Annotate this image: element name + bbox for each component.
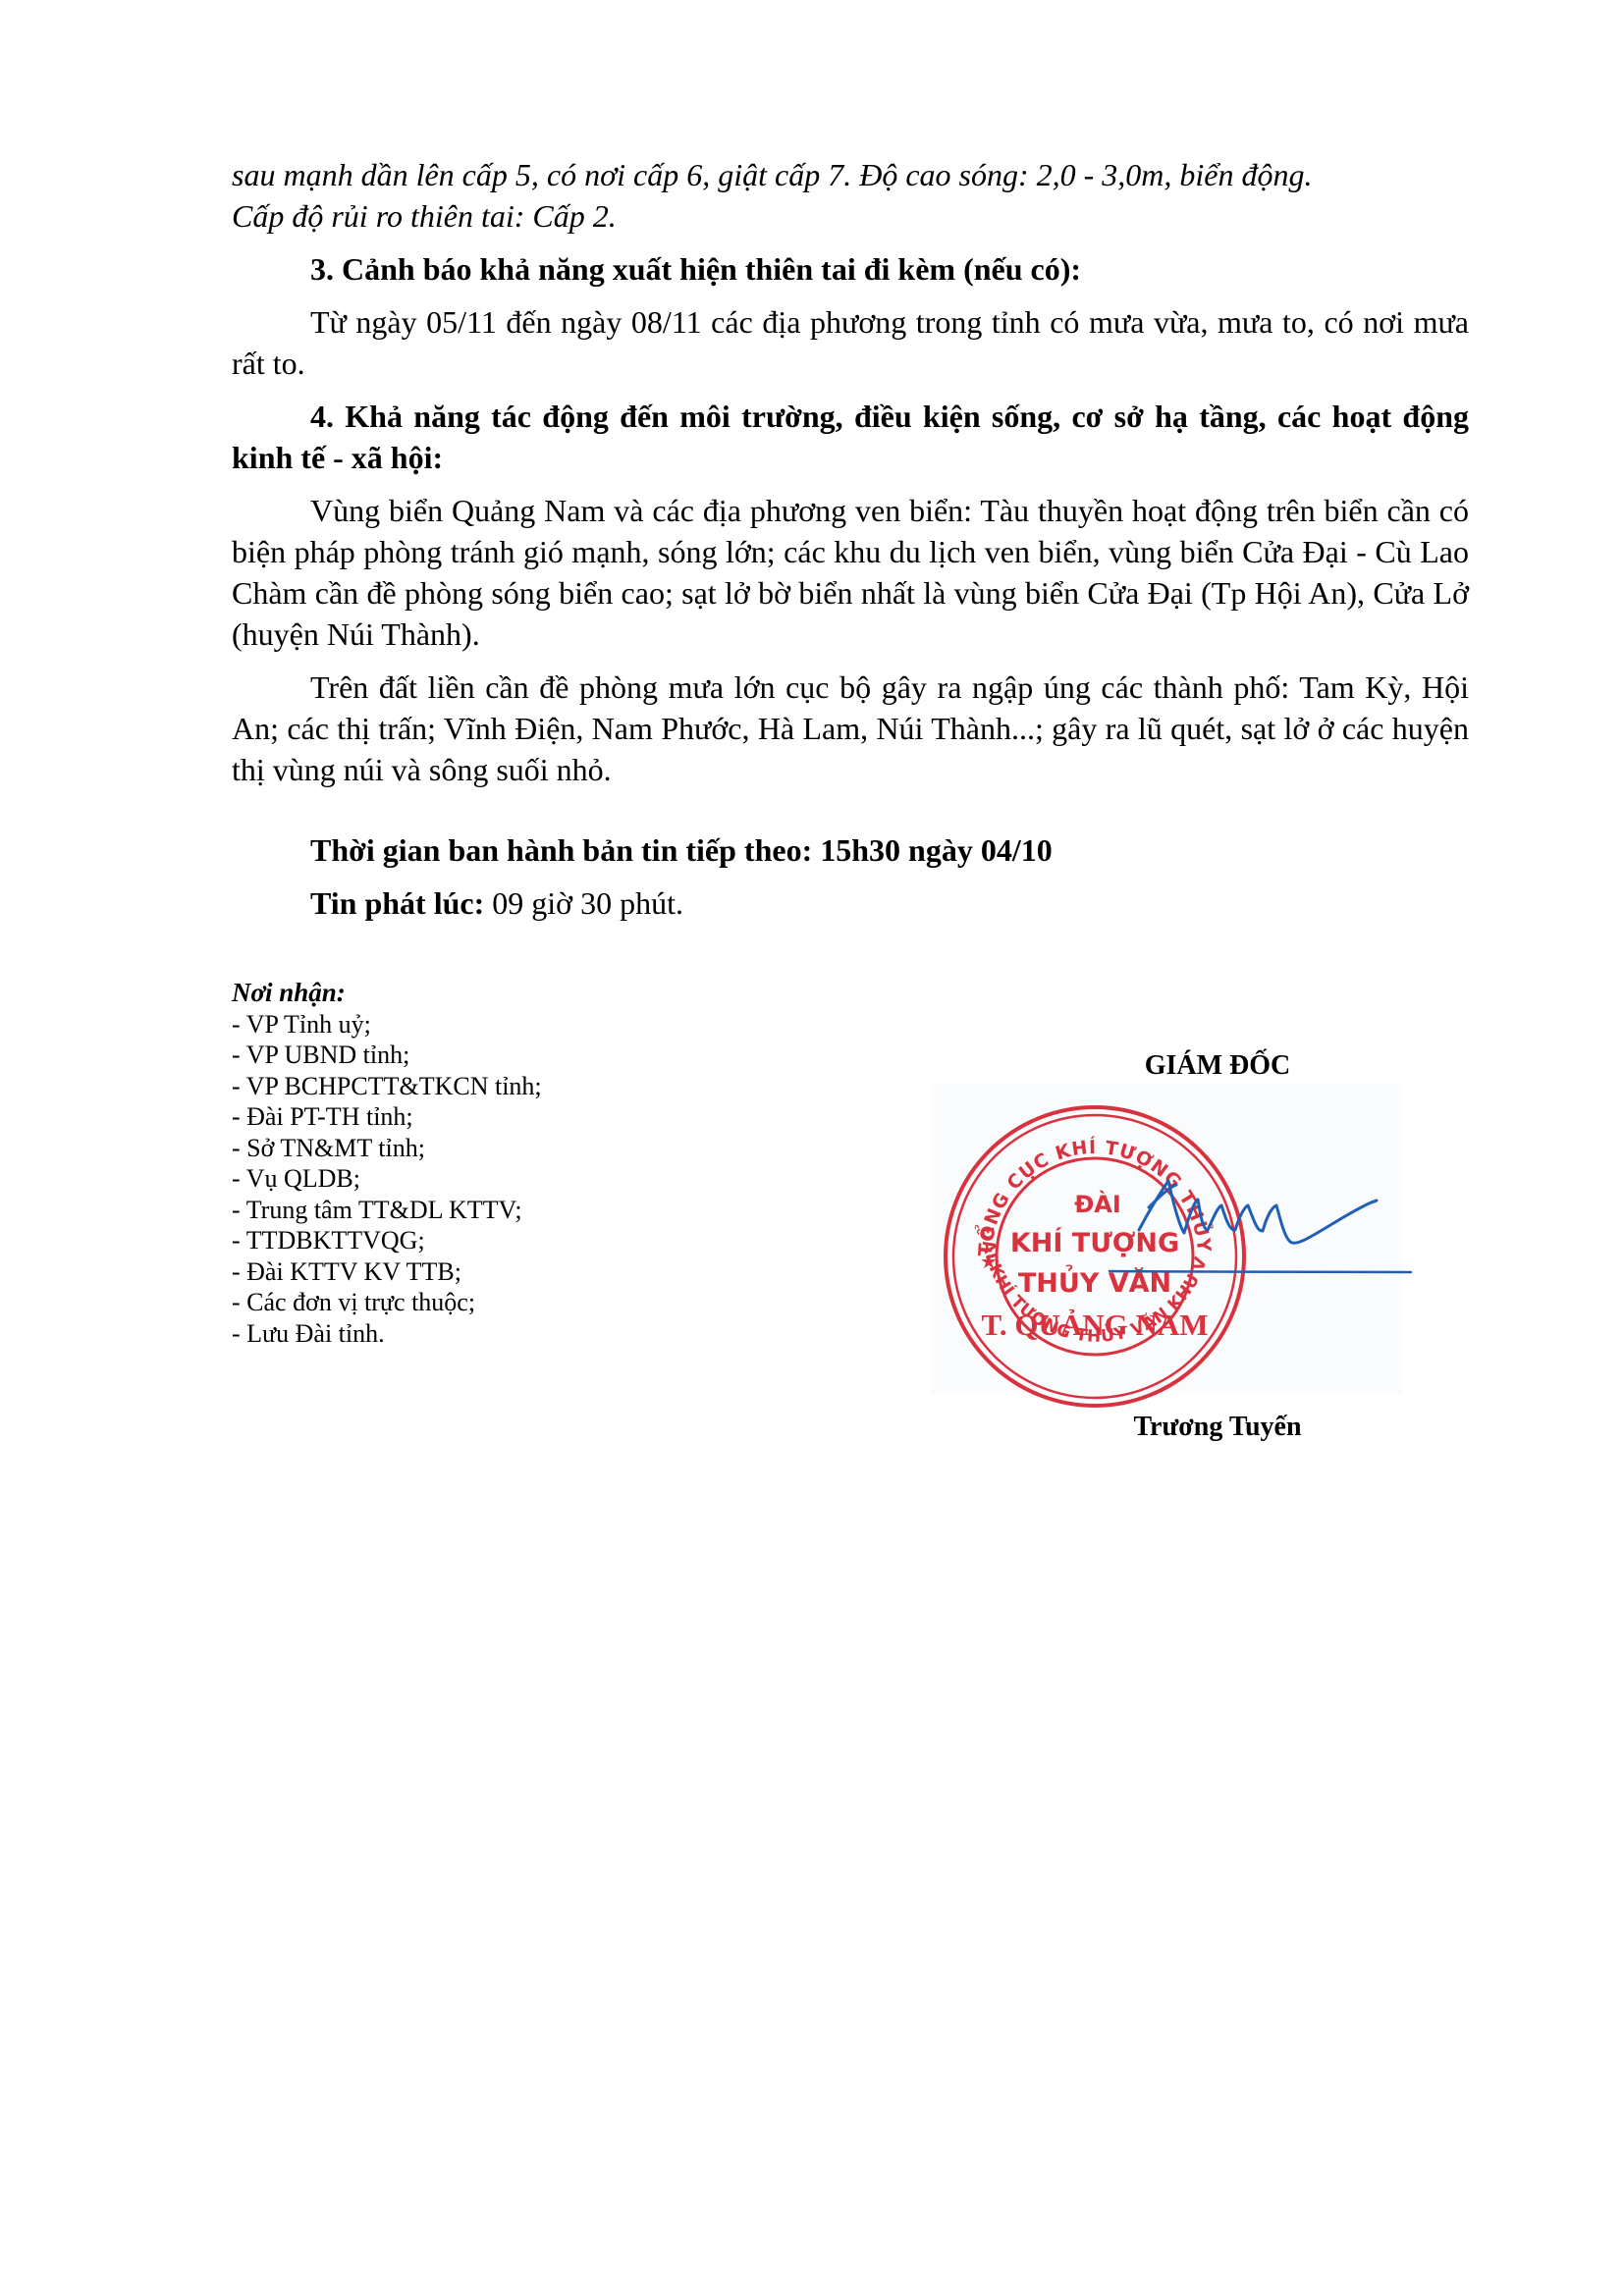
recipient-item: - VP BCHPCTT&TKCN tỉnh; [232,1071,840,1102]
continuation-line-2: Cấp độ rủi ro thiên tai: Cấp 2. [232,198,617,234]
stamp-center-line: ĐÀI [1074,1190,1121,1218]
recipient-item: - Đài KTTV KV TTB; [232,1256,840,1288]
handwritten-signature-icon [1110,1181,1411,1272]
continuation-paragraph: sau mạnh dần lên cấp 5, có nơi cấp 6, gi… [232,154,1469,237]
recipient-item: - Trung tâm TT&DL KTTV; [232,1195,840,1226]
stamp-outer-text: TỔNG CỤC KHÍ TƯỢNG THỦY VĂN [923,1041,1216,1256]
stamp-center-line: T. QUẢNG NAM [981,1308,1208,1342]
recipient-item: - Lưu Đài tỉnh. [232,1318,840,1350]
recipient-item: - VP UBND tỉnh; [232,1040,840,1071]
issued-at: Tin phát lúc: 09 giờ 30 phút. [232,882,1469,924]
recipients-block: Nơi nhận: - VP Tỉnh uỷ; - VP UBND tỉnh; … [232,978,840,1349]
recipient-item: - VP Tỉnh uỷ; [232,1009,840,1041]
section-4-paragraph-2: Trên đất liền cần đề phòng mưa lớn cục b… [232,667,1469,790]
stamp-star-icon: ★ [980,1250,998,1273]
recipient-item: - Vụ QLDB; [232,1163,840,1195]
section-3-heading: 3. Cảnh báo khả năng xuất hiện thiên tai… [232,248,1469,290]
continuation-line-1: sau mạnh dần lên cấp 5, có nơi cấp 6, gi… [232,157,1313,192]
recipient-item: - Sở TN&MT tỉnh; [232,1133,840,1164]
recipient-item: - Các đơn vị trực thuộc; [232,1287,840,1318]
signature-block: GIÁM ĐỐC TỔNG CỤC KHÍ TƯỢNG THỦY VĂN ĐÀI… [923,1041,1512,1472]
document-body: sau mạnh dần lên cấp 5, có nơi cấp 6, gi… [232,154,1469,924]
stamp-center-line: THỦY VĂN [1018,1263,1171,1299]
section-3-body: Từ ngày 05/11 đến ngày 08/11 các địa phư… [232,301,1469,384]
recipients-title: Nơi nhận: [232,978,840,1009]
next-issue-time: Thời gian ban hành bản tin tiếp theo: 15… [232,829,1469,871]
recipient-item: - Đài PT-TH tỉnh; [232,1101,840,1133]
signer-name: Trương Tuyến [923,1412,1512,1443]
stamp-center-line: KHÍ TƯỢNG [1010,1227,1179,1258]
official-stamp-icon: TỔNG CỤC KHÍ TƯỢNG THỦY VĂN ĐÀI KHÍ TƯỢN… [923,1041,1512,1472]
recipient-item: - TTDBKTTVQG; [232,1225,840,1256]
section-4-paragraph-1: Vùng biển Quảng Nam và các địa phương ve… [232,490,1469,655]
document-page: sau mạnh dần lên cấp 5, có nơi cấp 6, gi… [0,0,1624,2296]
recipients-list: - VP Tỉnh uỷ; - VP UBND tỉnh; - VP BCHPC… [232,1009,840,1350]
issued-at-label: Tin phát lúc: [310,885,484,921]
issued-at-value: 09 giờ 30 phút. [484,885,683,921]
section-4-heading: 4. Khả năng tác động đến môi trường, điề… [232,396,1469,478]
